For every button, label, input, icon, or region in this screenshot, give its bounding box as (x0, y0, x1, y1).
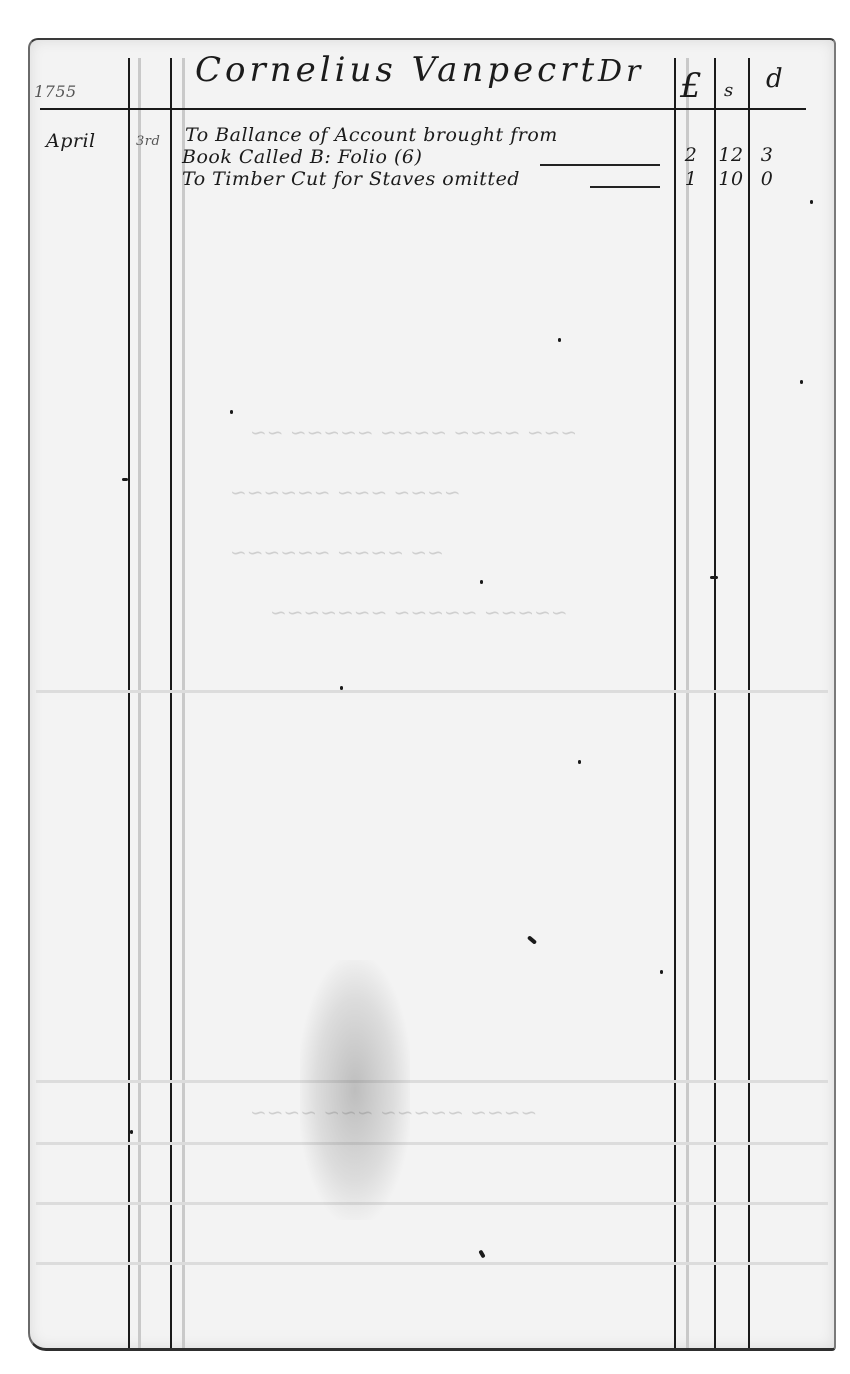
ink-speck (230, 410, 233, 414)
bleed-through-text: ~~ ~~~~ ~~~~~~ (230, 540, 444, 564)
bleed-through-rule (36, 1142, 828, 1145)
bleed-through-text: ~~~ ~~~~ ~~~~ ~~~~~ ~~ (250, 420, 577, 444)
entry-pounds: 2 (676, 144, 706, 166)
bleed-through-rule (36, 1262, 828, 1265)
ledger-year: 1755 (34, 82, 77, 101)
ink-speck (480, 580, 483, 584)
ruling-day-column (170, 58, 172, 1348)
entry-shillings: 10 (716, 168, 746, 190)
ink-smudge (300, 960, 410, 1220)
entry-pence: 0 (752, 168, 782, 190)
column-header-pounds: £ (680, 66, 702, 106)
bleed-through-rule (36, 690, 828, 693)
bleed-through-rule (36, 1080, 828, 1083)
ink-speck (710, 576, 718, 579)
entry-description-line1: To Ballance of Account brought from (185, 124, 558, 146)
ledger-page: ~~~ ~~~~ ~~~~ ~~~~~ ~~ ~~~~ ~~~ ~~~~~~ ~… (28, 38, 836, 1351)
fill-dash (590, 186, 660, 188)
ink-speck (558, 338, 561, 342)
ink-speck (122, 478, 128, 481)
ruling-faint (138, 58, 141, 1348)
ink-speck (478, 1250, 485, 1259)
ink-speck (810, 200, 813, 204)
debit-marker: Dr (598, 54, 644, 89)
ruling-date-column (128, 58, 130, 1348)
bleed-through-text: ~~~~ ~~~ ~~~~~~ (230, 480, 461, 504)
column-header-shillings: s (724, 80, 734, 101)
account-heading: Cornelius Vanpecrt (195, 50, 598, 90)
ruling-faint (182, 58, 185, 1348)
column-header-pence: d (766, 64, 783, 94)
ink-speck (527, 935, 537, 944)
entry-pence: 3 (752, 144, 782, 166)
ink-speck (800, 380, 803, 384)
header-rule (40, 108, 806, 110)
entry-pounds: 1 (676, 168, 706, 190)
entry-description-line2: Book Called B: Folio (6) (182, 146, 422, 168)
entry-day: 3rd (136, 134, 160, 149)
entry-month: April (46, 130, 96, 152)
fill-dash (540, 164, 660, 166)
bleed-through-rule (36, 1202, 828, 1205)
ink-speck (578, 760, 581, 764)
ink-speck (130, 1130, 133, 1134)
ruling-pence-left (748, 58, 750, 1348)
bleed-through-text: ~~~~~ ~~~~~ ~~~~~~~ (270, 600, 568, 624)
ruling-faint (686, 58, 689, 1348)
ruling-shillings-left (714, 58, 716, 1348)
ink-speck (660, 970, 663, 974)
ink-speck (340, 686, 343, 690)
entry-description-line1: To Timber Cut for Staves omitted (182, 168, 520, 190)
ruling-pounds-left (674, 58, 676, 1348)
entry-shillings: 12 (716, 144, 746, 166)
